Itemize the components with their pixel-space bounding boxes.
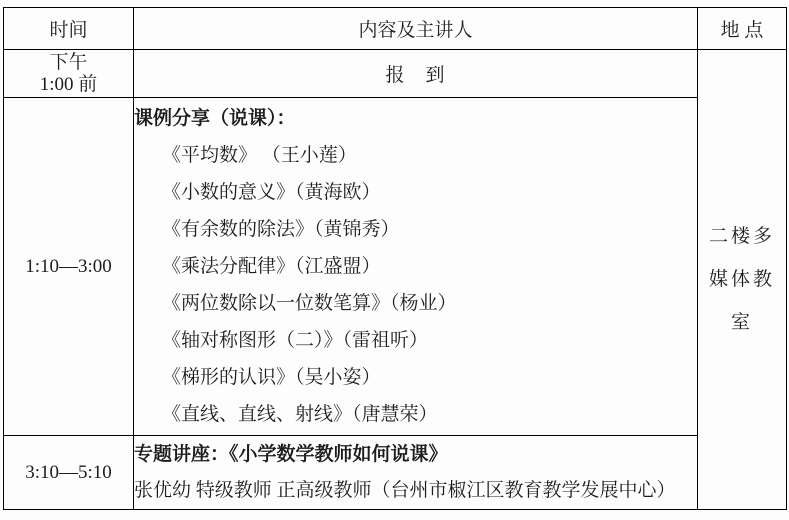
session-item: 《小数的意义》（黄海欧） — [134, 174, 697, 211]
registration-time-line1: 下午 — [4, 52, 133, 74]
registration-time-cell: 下午 1:00 前 — [4, 50, 134, 98]
registration-content-cell: 报 到 — [134, 50, 698, 98]
session-time-cell: 1:10—3:00 — [4, 98, 134, 436]
registration-row: 下午 1:00 前 报 到 二楼多媒体教室 — [4, 50, 787, 98]
lecture-title: 专题讲座：《小学数学教师如何说课》 — [134, 437, 697, 473]
location-text: 二楼多媒体教室 — [707, 215, 777, 344]
session-item: 《梯形的认识》（吴小姿） — [134, 359, 697, 396]
session-content-cell: 课例分享（说课）： 《平均数》 （王小莲） 《小数的意义》（黄海欧） 《有余数的… — [134, 98, 698, 436]
session-item: 《轴对称图形（二）》（雷祖听） — [134, 322, 697, 359]
location-cell: 二楼多媒体教室 — [698, 50, 787, 510]
table-header-row: 时间 内容及主讲人 地 点 — [4, 8, 787, 50]
session-row: 1:10—3:00 课例分享（说课）： 《平均数》 （王小莲） 《小数的意义》（… — [4, 98, 787, 436]
session-item: 《有余数的除法》（黄锦秀） — [134, 211, 697, 248]
header-location: 地 点 — [698, 8, 787, 50]
session-item: 《平均数》 （王小莲） — [134, 137, 697, 174]
page: 时间 内容及主讲人 地 点 下午 1:00 前 报 到 二楼多媒体教室 1:10… — [0, 0, 789, 517]
header-content: 内容及主讲人 — [134, 8, 698, 50]
lecture-speaker: 张优幼 特级教师 正高级教师（台州市椒江区教育教学发展中心） — [134, 473, 697, 509]
lecture-row: 3:10—5:10 专题讲座：《小学数学教师如何说课》 张优幼 特级教师 正高级… — [4, 436, 787, 510]
session-item: 《乘法分配律》（江盛盟） — [134, 248, 697, 285]
header-time: 时间 — [4, 8, 134, 50]
session-item: 《两位数除以一位数笔算》（杨业） — [134, 285, 697, 322]
session-item: 《直线、直线、射线》（唐慧荣） — [134, 396, 697, 433]
session-title: 课例分享（说课）： — [134, 100, 697, 137]
lecture-time-cell: 3:10—5:10 — [4, 436, 134, 510]
registration-time-line2: 1:00 前 — [4, 74, 133, 96]
schedule-table: 时间 内容及主讲人 地 点 下午 1:00 前 报 到 二楼多媒体教室 1:10… — [3, 7, 787, 510]
lecture-content-cell: 专题讲座：《小学数学教师如何说课》 张优幼 特级教师 正高级教师（台州市椒江区教… — [134, 436, 698, 510]
